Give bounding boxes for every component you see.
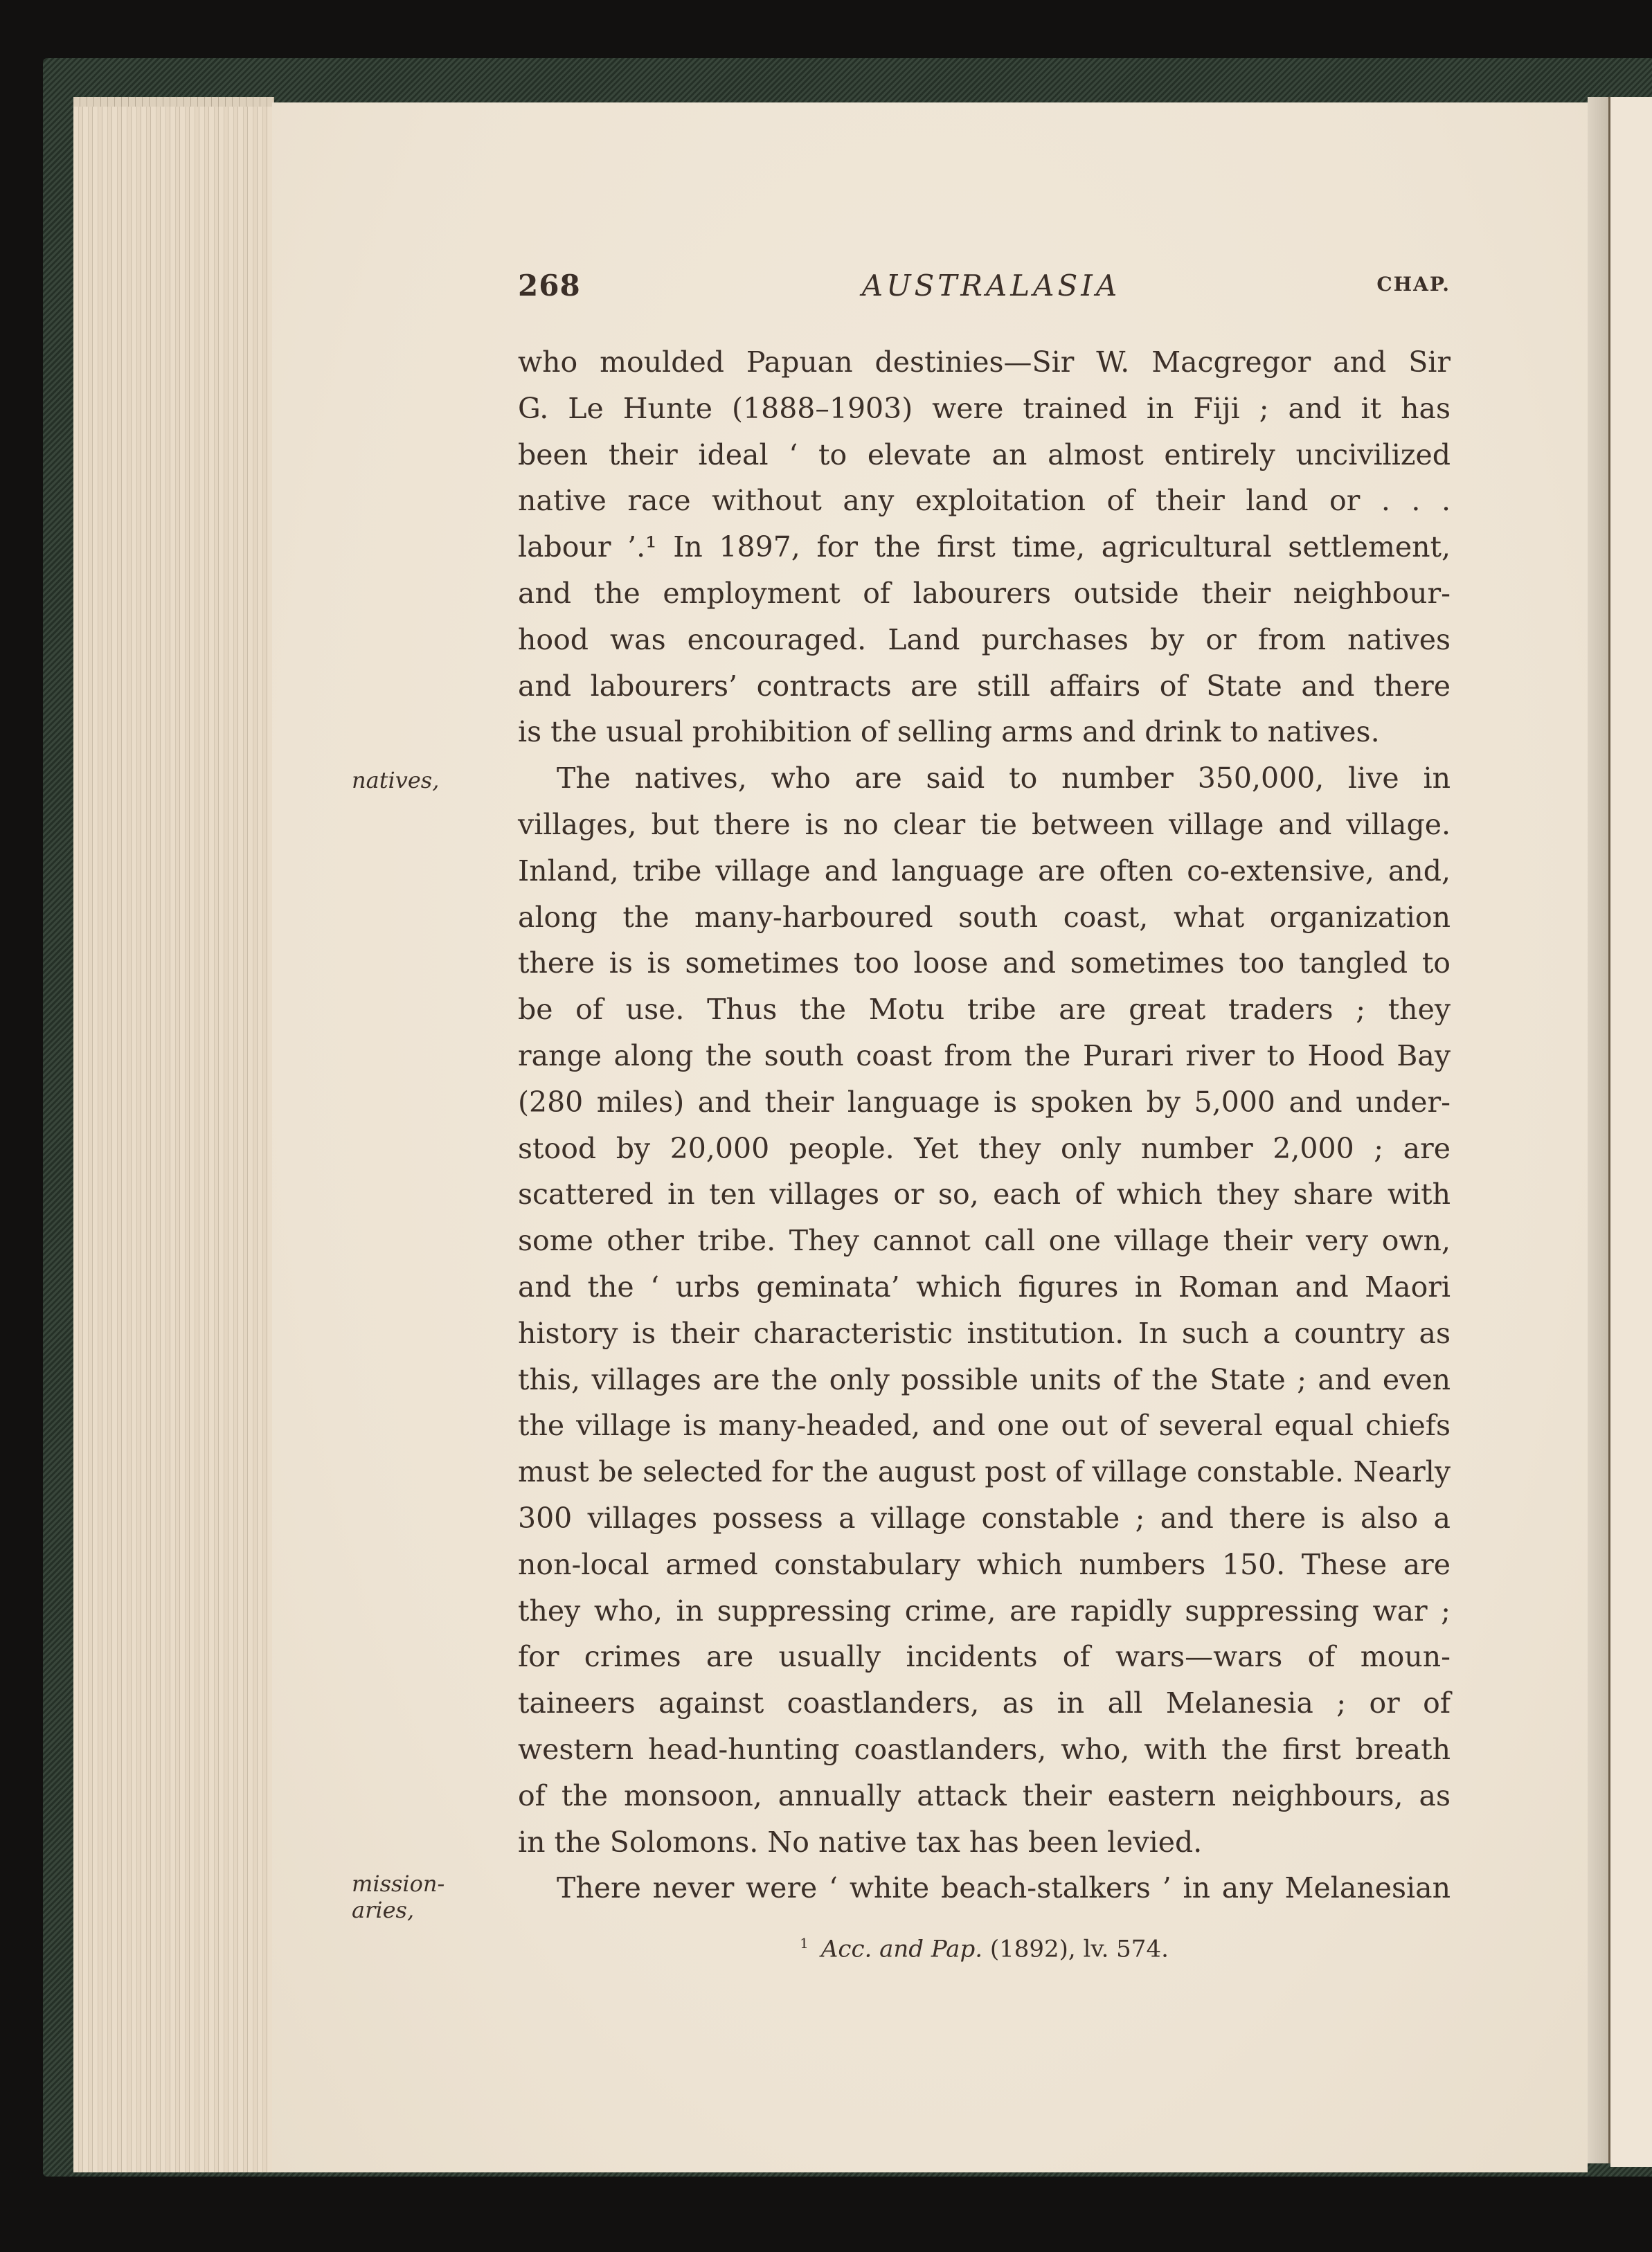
text-line: Inland, tribe village and language are o… [518,848,1451,894]
text-line: (280 miles) and their language is spoken… [518,1079,1451,1126]
text-line: must be selected for the august post of … [518,1449,1451,1495]
text-line: labour ’.¹ In 1897, for the first time, … [518,524,1451,570]
text-line: for crimes are usually incidents of wars… [518,1634,1451,1680]
paragraph-start-line: The natives, who are said to number 350,… [518,755,1451,802]
text-line: the village is many-headed, and one out … [518,1403,1451,1449]
page-stack-edges [73,97,274,2172]
text-line: scattered in ten villages or so, each of… [518,1171,1451,1218]
text-line: is the usual prohibition of selling arms… [518,709,1451,755]
footnote-marker: 1 [800,1935,809,1952]
margin-note-natives: natives, [352,767,439,793]
text-line: this, villages are the only possible uni… [518,1357,1451,1403]
text-line: there is is sometimes too loose and some… [518,940,1451,987]
running-title: AUSTRALASIA [518,269,1451,303]
text-line: some other tribe. They cannot call one v… [518,1218,1451,1264]
text-line: hood was encouraged. Land purchases by o… [518,617,1451,663]
text-line: range along the south coast from the Pur… [518,1033,1451,1079]
gutter-shadow [1588,97,1610,2163]
text-line: villages, but there is no clear tie betw… [518,802,1451,848]
text-line: and the ‘ urbs geminata’ which figures i… [518,1264,1451,1310]
text-line: history is their characteristic institut… [518,1310,1451,1357]
text-line: western head-hunting coastlanders, who, … [518,1727,1451,1773]
margin-note-missionaries: mission- aries, [352,1871,445,1923]
text-line: native race without any exploitation of … [518,478,1451,524]
text-line: taineers against coastlanders, as in all… [518,1680,1451,1727]
text-line: been their ideal ‘ to elevate an almost … [518,432,1451,478]
text-line: they who, in suppressing crime, are rapi… [518,1588,1451,1634]
paragraph-start-line: There never were ‘ white beach-stalkers … [518,1865,1451,1911]
text-line: who moulded Papuan destinies—Sir W. Macg… [518,339,1451,386]
text-line: be of use. Thus the Motu tribe are great… [518,987,1451,1033]
text-line: 300 villages possess a village constable… [518,1495,1451,1542]
running-head: 268 AUSTRALASIA CHAP. [518,269,1451,303]
text-line: in the Solomons. No native tax has been … [518,1819,1451,1866]
text-line: and labourers’ contracts are still affai… [518,663,1451,710]
margin-note-text-continued: aries, [352,1897,445,1923]
text-line: and the employment of labourers outside … [518,570,1451,617]
text-line: G. Le Hunte (1888–1903) were trained in … [518,386,1451,432]
body-text: who moulded Papuan destinies—Sir W. Macg… [518,339,1451,1911]
text-line: along the many-harboured south coast, wh… [518,894,1451,941]
text-line: non-local armed constabulary which numbe… [518,1542,1451,1588]
margin-note-text: mission- [352,1871,445,1897]
text-line: of the monsoon, annually attack their ea… [518,1773,1451,1819]
chapter-label: CHAP. [1376,273,1451,296]
footnote-source: Acc. and Pap. [821,1935,982,1963]
text-line: stood by 20,000 people. Yet they only nu… [518,1126,1451,1172]
footnote: 1Acc. and Pap. (1892), lv. 574. [518,1935,1451,1963]
margin-note-text: natives, [352,767,439,793]
facing-page-edge [1610,97,1652,2167]
footnote-reference: (1892), lv. 574. [990,1935,1169,1963]
